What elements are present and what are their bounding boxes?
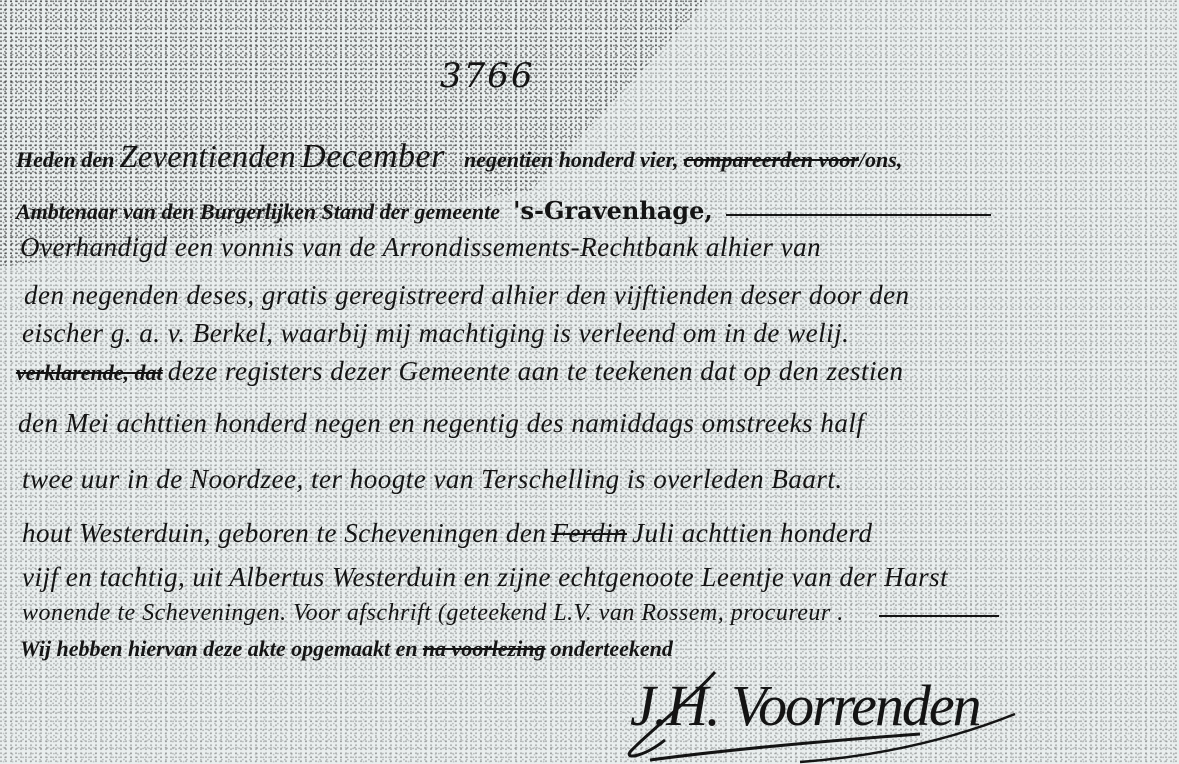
record-line-3: Overhandigd een vonnis van de Arrondisse… [20, 232, 821, 263]
record-number: 3766 [440, 56, 535, 96]
printed-text: Heden den [16, 147, 114, 172]
handwritten-day: Zeventienden [119, 138, 296, 174]
printed-text: /ons, [859, 147, 902, 172]
handwritten-text: wonende te Scheveningen. Voor afschrift … [22, 600, 844, 626]
record-line-5: eischer g. a. v. Berkel, waarbij mij mac… [22, 318, 849, 349]
printed-text: onderteekend [551, 636, 673, 661]
filler-rule [726, 214, 991, 216]
civil-registry-record: 3766 Heden den Zeventienden December neg… [0, 0, 1179, 764]
struck-text: compareerden voor [684, 147, 859, 172]
record-line-9: hout Westerduin, geboren te Scheveningen… [22, 518, 873, 549]
record-line-10: vijf en tachtig, uit Albertus Westerduin… [22, 562, 948, 593]
printed-year: negentien honderd vier, [464, 147, 679, 172]
handwritten-text: Juli achttien honderd [632, 518, 872, 548]
struck-text: na voorlezing [423, 636, 546, 661]
handwritten-month: December [301, 138, 445, 175]
record-line-7: den Mei achttien honderd negen en negent… [18, 408, 864, 439]
printed-text: Ambtenaar van den Burgerlijken Stand der… [16, 199, 500, 224]
record-line-12: Wij hebben hiervan deze akte opgemaakt e… [20, 636, 673, 662]
record-line-11: wonende te Scheveningen. Voor afschrift … [22, 600, 999, 627]
handwritten-text: deze registers dezer Gemeente aan te tee… [168, 356, 904, 386]
printed-text: Wij hebben hiervan deze akte opgemaakt e… [20, 636, 418, 661]
municipality-name: 's-Gravenhage, [513, 196, 713, 225]
record-line-8: twee uur in de Noordzee, ter hoogte van … [22, 464, 843, 495]
record-line-4: den negenden deses, gratis geregistreerd… [24, 280, 910, 311]
record-line-2: Ambtenaar van den Burgerlijken Stand der… [16, 196, 991, 225]
handwritten-text: hout Westerduin, geboren te Scheveningen… [22, 518, 546, 548]
filler-rule [879, 615, 999, 617]
struck-text: Ferdin [551, 518, 626, 548]
record-line-6: verklarende, dat deze registers dezer Ge… [16, 356, 904, 387]
record-line-1: Heden den Zeventienden December negentie… [16, 138, 902, 176]
registrar-signature: J.H. Voorrenden [630, 672, 980, 739]
struck-text: verklarende, dat [16, 360, 163, 385]
